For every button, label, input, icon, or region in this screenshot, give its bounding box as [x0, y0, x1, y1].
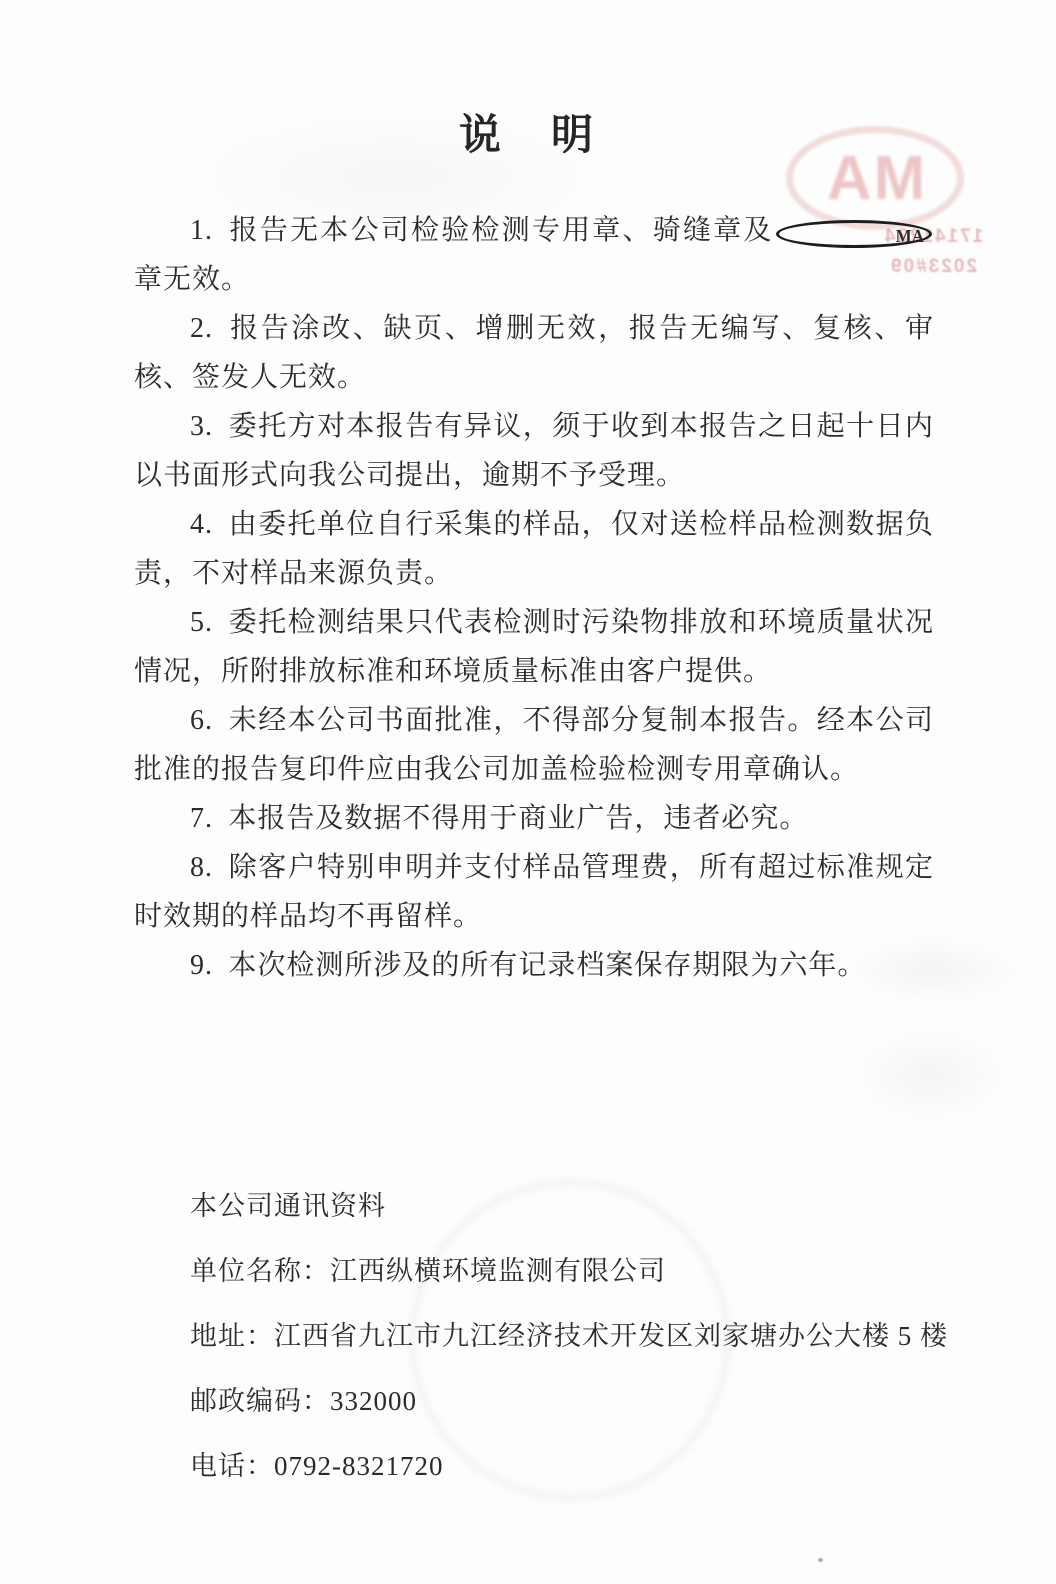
page-title: 说 明 — [0, 102, 1056, 162]
note-item-6: 6.未经本公司书面批准，不得部分复制本报告。经本公司批准的报告复印件应由我公司加… — [134, 696, 934, 794]
note-text: 除客户特别申明并支付样品管理费，所有超过标准规定时效期的样品均不再留样。 — [134, 852, 934, 932]
contact-phone: 电话：0792-8321720 — [190, 1452, 970, 1480]
note-number: 1. — [190, 215, 213, 246]
note-item-2: 2.报告涂改、缺页、增删无效，报告无编写、复核、审核、签发人无效。 — [134, 304, 934, 402]
note-text: 报告涂改、缺页、增删无效，报告无编写、复核、审核、签发人无效。 — [134, 313, 934, 393]
note-item-9: 9.本次检测所涉及的所有记录档案保存期限为六年。 — [134, 941, 934, 990]
note-number: 4. — [190, 509, 213, 540]
note-text: 委托检测结果只代表检测时污染物排放和环境质量状况情况，所附排放标准和环境质量标准… — [134, 607, 934, 687]
note-text: 章无效。 — [134, 264, 250, 295]
note-text: 报告无本公司检验检测专用章、骑缝章及 — [228, 215, 773, 246]
contact-heading: 本公司通讯资料 — [190, 1192, 970, 1220]
notes-list: 1.报告无本公司检验检测专用章、骑缝章及MA章无效。 2.报告涂改、缺页、增删无… — [134, 206, 934, 990]
cma-mark-icon: MA — [776, 220, 932, 248]
note-number: 2. — [190, 313, 213, 344]
note-text: 由委托单位自行采集的样品，仅对送检样品检测数据负责，不对样品来源负责。 — [134, 509, 934, 589]
note-text: 本报告及数据不得用于商业广告，违者必究。 — [228, 803, 808, 834]
note-number: 5. — [190, 607, 213, 638]
note-item-7: 7.本报告及数据不得用于商业广告，违者必究。 — [134, 794, 934, 843]
contact-info-block: 本公司通讯资料 单位名称：江西纵横环境监测有限公司 地址：江西省九江市九江经济技… — [190, 1192, 970, 1517]
note-item-1: 1.报告无本公司检验检测专用章、骑缝章及MA章无效。 — [134, 206, 934, 304]
note-item-8: 8.除客户特别申明并支付样品管理费，所有超过标准规定时效期的样品均不再留样。 — [134, 843, 934, 941]
note-item-4: 4.由委托单位自行采集的样品，仅对送检样品检测数据负责，不对样品来源负责。 — [134, 500, 934, 598]
note-number: 8. — [190, 852, 213, 883]
ink-bleed-smudge — [856, 1030, 1006, 1120]
scan-speck — [818, 1558, 823, 1562]
note-number: 7. — [190, 803, 213, 834]
cma-mark-text: MA — [840, 225, 924, 248]
contact-company: 单位名称：江西纵横环境监测有限公司 — [190, 1257, 970, 1285]
contact-postcode: 邮政编码：332000 — [190, 1387, 970, 1415]
scanned-report-notes-page: MA 17141234 2023#09 说 明 1.报告无本公司检验检测专用章、… — [0, 0, 1056, 1584]
note-item-5: 5.委托检测结果只代表检测时污染物排放和环境质量状况情况，所附排放标准和环境质量… — [134, 598, 934, 696]
note-number: 6. — [190, 705, 213, 736]
contact-address: 地址：江西省九江市九江经济技术开发区刘家塘办公大楼 5 楼 — [190, 1322, 970, 1350]
note-text: 本次检测所涉及的所有记录档案保存期限为六年。 — [228, 950, 866, 981]
note-text: 委托方对本报告有异议，须于收到本报告之日起十日内以书面形式向我公司提出，逾期不予… — [134, 411, 934, 491]
note-number: 9. — [190, 950, 213, 981]
note-text: 未经本公司书面批准，不得部分复制本报告。经本公司批准的报告复印件应由我公司加盖检… — [134, 705, 934, 785]
note-number: 3. — [190, 411, 213, 442]
note-item-3: 3.委托方对本报告有异议，须于收到本报告之日起十日内以书面形式向我公司提出，逾期… — [134, 402, 934, 500]
